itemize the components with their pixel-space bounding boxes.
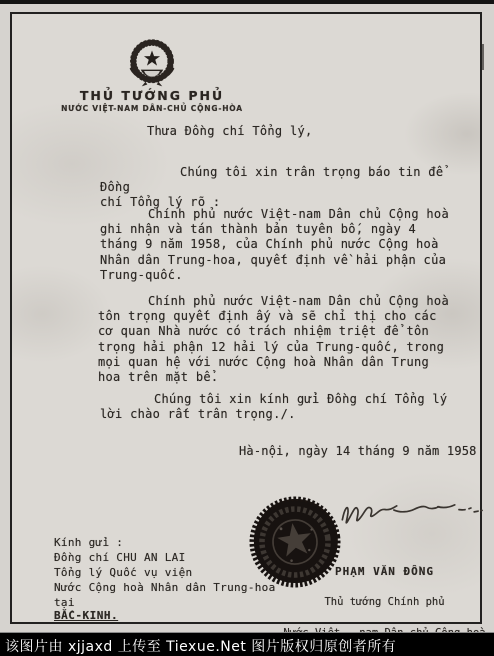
paragraph-2: Chính phủ nước Việt-nam Dân chủ Cộng hoà… xyxy=(100,207,482,283)
paragraph-4: Chúng tôi xin kính gửi Đồng chí Tổng lý … xyxy=(100,392,480,422)
salutation: Thưa Đồng chí Tổng lý, xyxy=(147,124,313,139)
vietnam-national-emblem-icon xyxy=(124,36,180,92)
letter-photo: THỦ TƯỚNG PHỦ NƯỚC VIỆT-NAM DÂN-CHỦ CỘNG… xyxy=(0,0,494,632)
watermark-bar: 该图片由 xjjaxd 上传至 Tiexue.Net 图片版权归原创者所有 xyxy=(0,632,494,656)
letterhead-office: THỦ TƯỚNG PHỦ xyxy=(72,88,232,103)
recipient-block: Kính gửi : Đồng chí CHU AN LAI Tổng lý Q… xyxy=(54,535,276,610)
signer-title: Thủ tướng Chính phủ xyxy=(277,595,492,611)
photo-top-edge xyxy=(0,0,494,4)
paragraph-1: Chúng tôi xin trân trọng báo tin để Đồng… xyxy=(100,165,480,211)
letter-paper: THỦ TƯỚNG PHỦ NƯỚC VIỆT-NAM DÂN-CHỦ CỘNG… xyxy=(10,12,482,624)
recipient-city: BẮC-KINH. xyxy=(54,609,118,622)
paragraph-3: Chính phủ nước Việt-nam Dân chủ Cộng hoà… xyxy=(98,294,482,385)
photo-scratch-artifact xyxy=(482,44,484,70)
signer-name: PHẠM VĂN ĐỒNG xyxy=(277,564,492,580)
dateline: Hà-nội, ngày 14 tháng 9 năm 1958 xyxy=(239,444,477,459)
watermark-text: 该图片由 xjjaxd 上传至 Tiexue.Net 图片版权归原创者所有 xyxy=(5,636,396,656)
handwritten-signature-icon xyxy=(334,482,494,540)
letterhead-nation: NƯỚC VIỆT-NAM DÂN-CHỦ CỘNG-HÒA xyxy=(52,104,252,113)
